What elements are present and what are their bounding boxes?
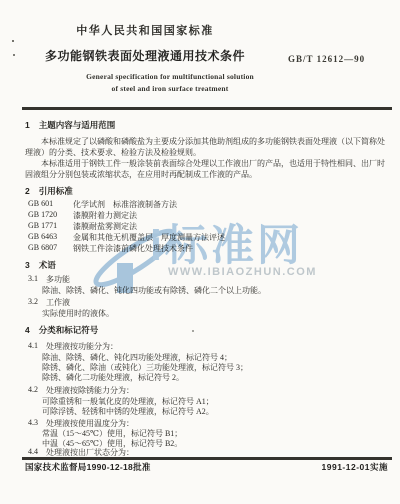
section-2-heading: 2引用标准 (25, 186, 387, 197)
section-title: 引用标准 (39, 186, 73, 196)
clause-lead: 处理液按功能分为： (46, 341, 118, 352)
scanned-standard-page: 中华人民共和国国家标准 多功能钢铁表面处理液通用技术条件 GB/T 12612—… (0, 0, 400, 504)
implementation-text: 1991-12-01实施 (322, 461, 388, 473)
national-standard-label: 中华人民共和国国家标准 (0, 22, 290, 38)
term-heading: 3.1 多功能 (28, 274, 70, 285)
ref-code: GB 1720 (28, 210, 73, 221)
footer-rule (22, 457, 392, 460)
ref-title: 漆膜耐盐雾测定法 (73, 221, 137, 232)
term-name: 工作液 (46, 297, 70, 308)
document-title-zh: 多功能钢铁表面处理液通用技术条件 (0, 47, 290, 64)
clause-number: 4.1 (28, 341, 38, 352)
ref-title: 漆膜附着力测定法 (73, 210, 137, 221)
term-number: 3.2 (28, 297, 38, 308)
section-number: 2 (25, 186, 30, 196)
term-number: 3.1 (28, 274, 38, 285)
scope-paragraph-2: 本标准适用于钢铁工件一般涂装前表面综合处理以工作液出厂的产品，也适用于特性相同、… (25, 159, 387, 180)
reference-row: GB 601 化学试剂 标准溶液制备方法 (28, 199, 177, 210)
section-4-heading: 4分类和标记符号 (25, 325, 387, 336)
clause-heading: 4.2 处理液按除锈能力分为： (28, 385, 134, 396)
section-number: 4 (25, 325, 30, 335)
section-number: 1 (25, 120, 30, 130)
scan-speck (12, 40, 14, 42)
ref-title: 化学试剂 标准溶液制备方法 (73, 199, 177, 210)
ref-title: 金属和其他无机覆盖层 厚度测量方法评述 (73, 232, 225, 243)
ref-code: GB 1771 (28, 221, 73, 232)
clause-lead: 处理液按除锈能力分为： (46, 385, 134, 396)
document-title-en-line1: General specification for multifunctiona… (0, 72, 340, 81)
reference-row: GB 1771 漆膜耐盐雾测定法 (28, 221, 137, 232)
standard-code: GB/T 12612—90 (288, 54, 365, 64)
ref-code: GB 6463 (28, 232, 73, 243)
section-1-heading: 1主题内容与适用范围 (25, 120, 387, 131)
clause-heading: 4.1 处理液按功能分为： (28, 341, 118, 352)
reference-row: GB 6463 金属和其他无机覆盖层 厚度测量方法评述 (28, 232, 225, 243)
reference-row: GB 6807 钢铁工件涂漆前磷化处理技术条件 (28, 243, 193, 254)
section-3-heading: 3术语 (25, 260, 387, 271)
approval-text: 国家技术监督局1990-12-18批准 (25, 461, 151, 473)
section-title: 分类和标记符号 (39, 325, 99, 335)
section-title: 术语 (39, 260, 56, 270)
ref-code: GB 601 (28, 199, 73, 210)
document-title-en-line2: of steel and iron surface treatment (0, 84, 340, 93)
reference-row: GB 1720 漆膜附着力测定法 (28, 210, 137, 221)
clause-number: 4.3 (28, 418, 38, 429)
section-title: 主题内容与适用范围 (39, 120, 116, 130)
clause-item: 可除浮锈、轻锈和中锈的处理液，标记符号 A2。 (42, 406, 387, 417)
term-definition: 除油、除锈、磷化、钝化四功能或有除锈、磷化二个以上功能。 (42, 285, 387, 296)
clause-number: 4.2 (28, 385, 38, 396)
ref-title: 钢铁工件涂漆前磷化处理技术条件 (73, 243, 193, 254)
term-heading: 3.2 工作液 (28, 297, 70, 308)
clause-item: 除锈、磷化二功能处理液，标记符号 2。 (42, 372, 387, 383)
term-definition: 实际使用时的液体。 (42, 308, 387, 319)
ref-code: GB 6807 (28, 243, 73, 254)
scope-paragraph-1: 本标准规定了以磷酸和磷酸盐为主要成分添加其他助剂组成的多功能钢铁表面处理液（以下… (25, 137, 387, 158)
header-rule (22, 107, 392, 110)
term-name: 多功能 (46, 274, 70, 285)
section-number: 3 (25, 260, 30, 270)
